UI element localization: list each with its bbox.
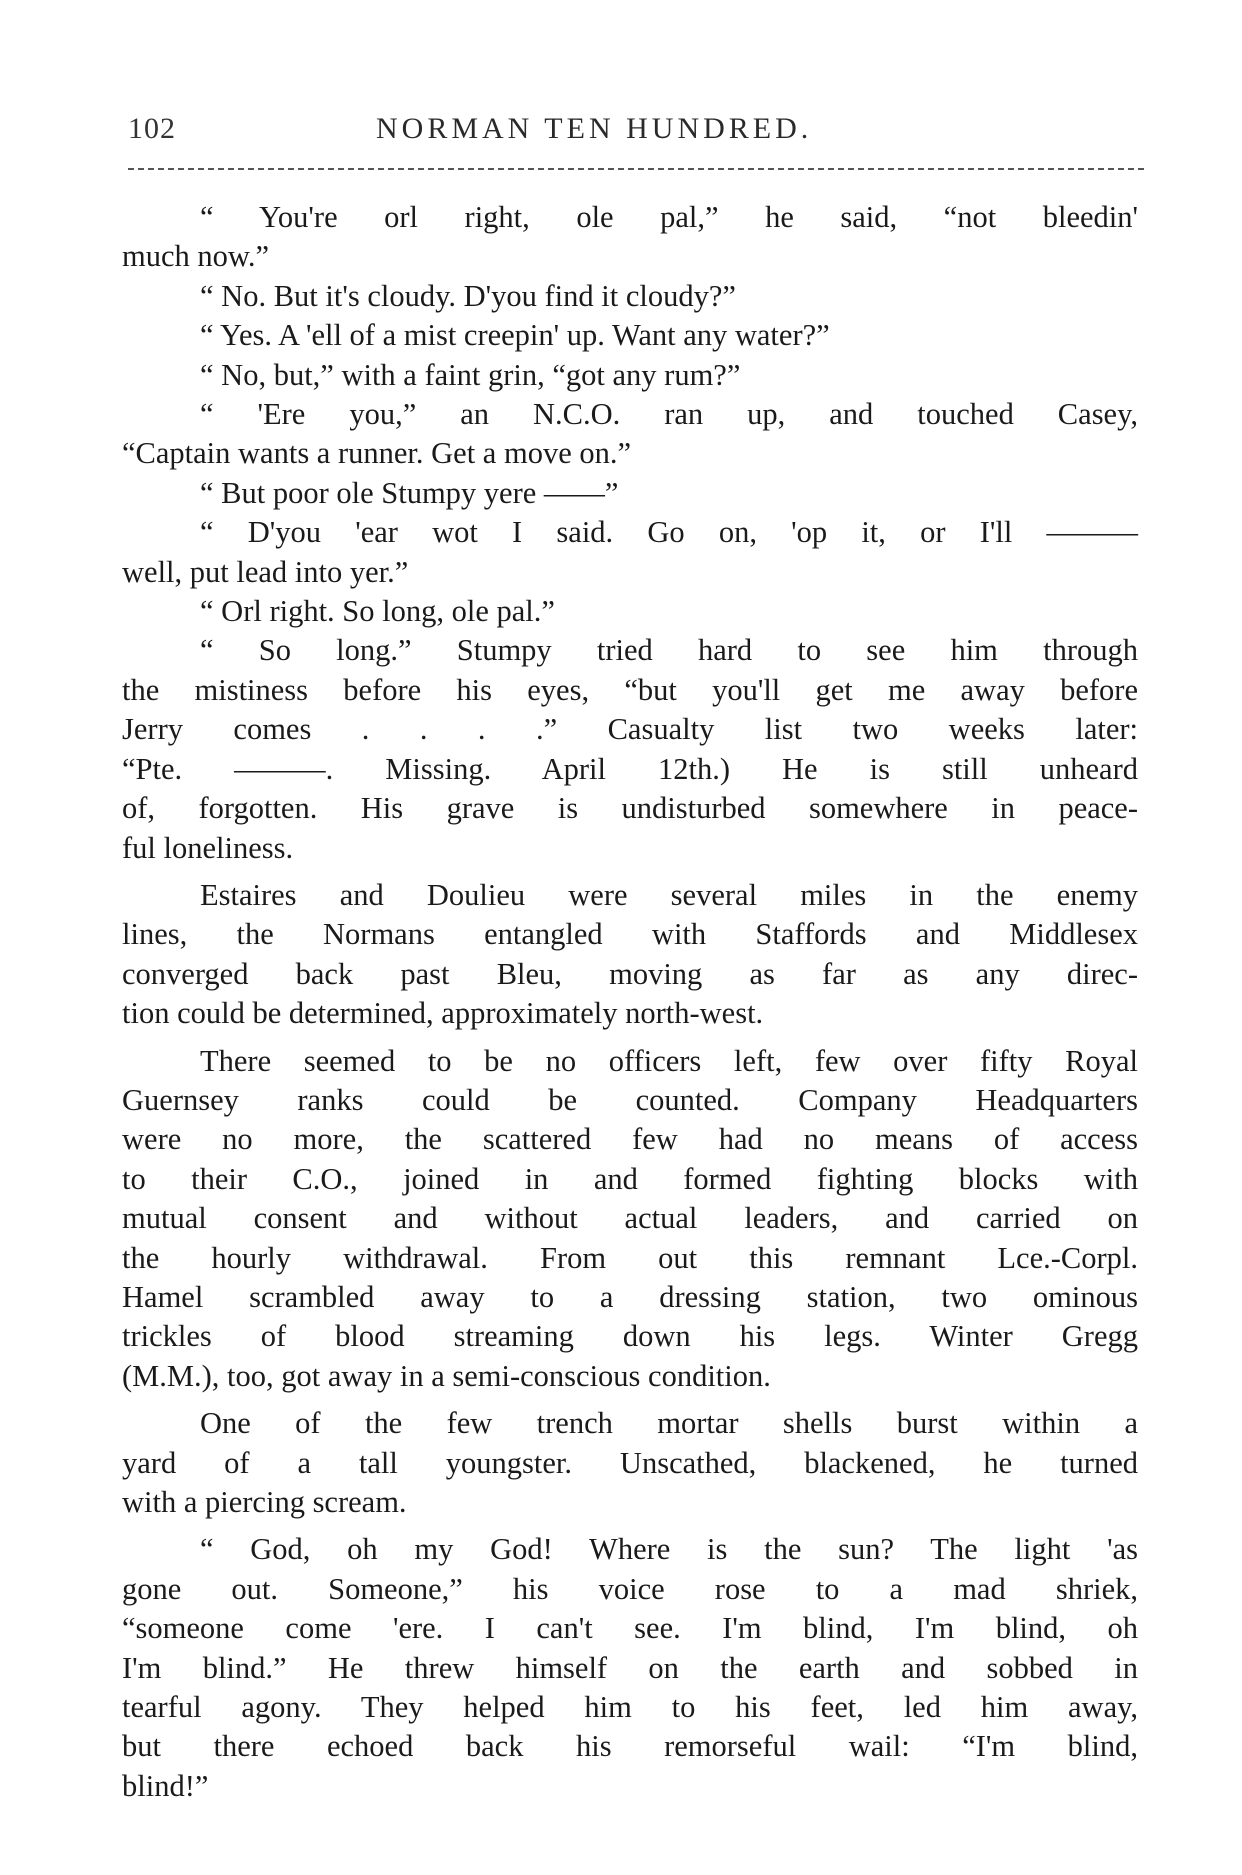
text-line: of, forgotten. His grave is undisturbed … — [122, 789, 1138, 828]
paragraph: “ God, oh my God! Where is the sun? The … — [122, 1530, 1138, 1806]
text-line: mutual consent and without actual leader… — [122, 1199, 1138, 1238]
text-line: well, put lead into yer.” — [122, 553, 1138, 592]
text-line: trickles of blood streaming down his leg… — [122, 1317, 1138, 1356]
text-line: the mistiness before his eyes, “but you'… — [122, 671, 1138, 710]
paragraph: “ But poor ole Stumpy yere ——” — [122, 474, 1138, 513]
text-line: “ You're orl right, ole pal,” he said, “… — [122, 198, 1138, 237]
text-line: One of the few trench mortar shells burs… — [122, 1404, 1138, 1443]
text-line: “someone come 'ere. I can't see. I'm bli… — [122, 1609, 1138, 1648]
running-title: NORMAN TEN HUNDRED. — [376, 112, 812, 146]
text-line: but there echoed back his remorseful wai… — [122, 1727, 1138, 1766]
paragraph: One of the few trench mortar shells burs… — [122, 1404, 1138, 1522]
text-line: with a piercing scream. — [122, 1483, 1138, 1522]
text-line: “ So long.” Stumpy tried hard to see him… — [122, 631, 1138, 670]
page-number: 102 — [128, 112, 176, 146]
text-line: the hourly withdrawal. From out this rem… — [122, 1239, 1138, 1278]
text-line: to their C.O., joined in and formed figh… — [122, 1160, 1138, 1199]
text-line: blind!” — [122, 1767, 1138, 1806]
text-line: (M.M.), too, got away in a semi-consciou… — [122, 1357, 1138, 1396]
paragraph-gap — [122, 1034, 1138, 1042]
text-line: I'm blind.” He threw himself on the eart… — [122, 1649, 1138, 1688]
paragraph: “ No. But it's cloudy. D'you find it clo… — [122, 277, 1138, 316]
paragraph-gap — [122, 1522, 1138, 1530]
text-line: converged back past Bleu, moving as far … — [122, 955, 1138, 994]
paragraph: “ You're orl right, ole pal,” he said, “… — [122, 198, 1138, 277]
text-line: Guernsey ranks could be counted. Company… — [122, 1081, 1138, 1120]
paragraph: “ D'you 'ear wot I said. Go on, 'op it, … — [122, 513, 1138, 592]
paragraph-gap — [122, 1396, 1138, 1404]
text-line: “ No, but,” with a faint grin, “got any … — [122, 356, 1138, 395]
book-page: 102 NORMAN TEN HUNDRED. “ You're orl rig… — [0, 0, 1242, 1875]
text-line: tearful agony. They helped him to his fe… — [122, 1688, 1138, 1727]
text-line: gone out. Someone,” his voice rose to a … — [122, 1570, 1138, 1609]
text-line: yard of a tall youngster. Unscathed, bla… — [122, 1444, 1138, 1483]
text-line: “ No. But it's cloudy. D'you find it clo… — [122, 277, 1138, 316]
text-line: “ God, oh my God! Where is the sun? The … — [122, 1530, 1138, 1569]
text-line: “ Orl right. So long, ole pal.” — [122, 592, 1138, 631]
text-line: much now.” — [122, 237, 1138, 276]
paragraph: “ So long.” Stumpy tried hard to see him… — [122, 631, 1138, 867]
text-line: There seemed to be no officers left, few… — [122, 1042, 1138, 1081]
header-rule — [128, 168, 1144, 170]
paragraph: There seemed to be no officers left, few… — [122, 1042, 1138, 1397]
text-line: Hamel scrambled away to a dressing stati… — [122, 1278, 1138, 1317]
text-line: lines, the Normans entangled with Staffo… — [122, 915, 1138, 954]
text-line: “Pte. ———. Missing. April 12th.) He is s… — [122, 750, 1138, 789]
text-line: were no more, the scattered few had no m… — [122, 1120, 1138, 1159]
text-line: “ But poor ole Stumpy yere ——” — [122, 474, 1138, 513]
text-line: “Captain wants a runner. Get a move on.” — [122, 434, 1138, 473]
paragraph: “ Yes. A 'ell of a mist creepin' up. Wan… — [122, 316, 1138, 355]
text-line: “ 'Ere you,” an N.C.O. ran up, and touch… — [122, 395, 1138, 434]
paragraph: “ No, but,” with a faint grin, “got any … — [122, 356, 1138, 395]
text-line: “ D'you 'ear wot I said. Go on, 'op it, … — [122, 513, 1138, 552]
body-text: “ You're orl right, ole pal,” he said, “… — [122, 198, 1138, 1806]
paragraph: “ 'Ere you,” an N.C.O. ran up, and touch… — [122, 395, 1138, 474]
running-head: 102 NORMAN TEN HUNDRED. — [128, 112, 1144, 162]
text-line: Jerry comes . . . .” Casualty list two w… — [122, 710, 1138, 749]
paragraph: “ Orl right. So long, ole pal.” — [122, 592, 1138, 631]
paragraph: Estaires and Doulieu were several miles … — [122, 876, 1138, 1034]
text-line: tion could be determined, approximately … — [122, 994, 1138, 1033]
text-line: ful loneliness. — [122, 829, 1138, 868]
text-line: “ Yes. A 'ell of a mist creepin' up. Wan… — [122, 316, 1138, 355]
text-line: Estaires and Doulieu were several miles … — [122, 876, 1138, 915]
paragraph-gap — [122, 868, 1138, 876]
